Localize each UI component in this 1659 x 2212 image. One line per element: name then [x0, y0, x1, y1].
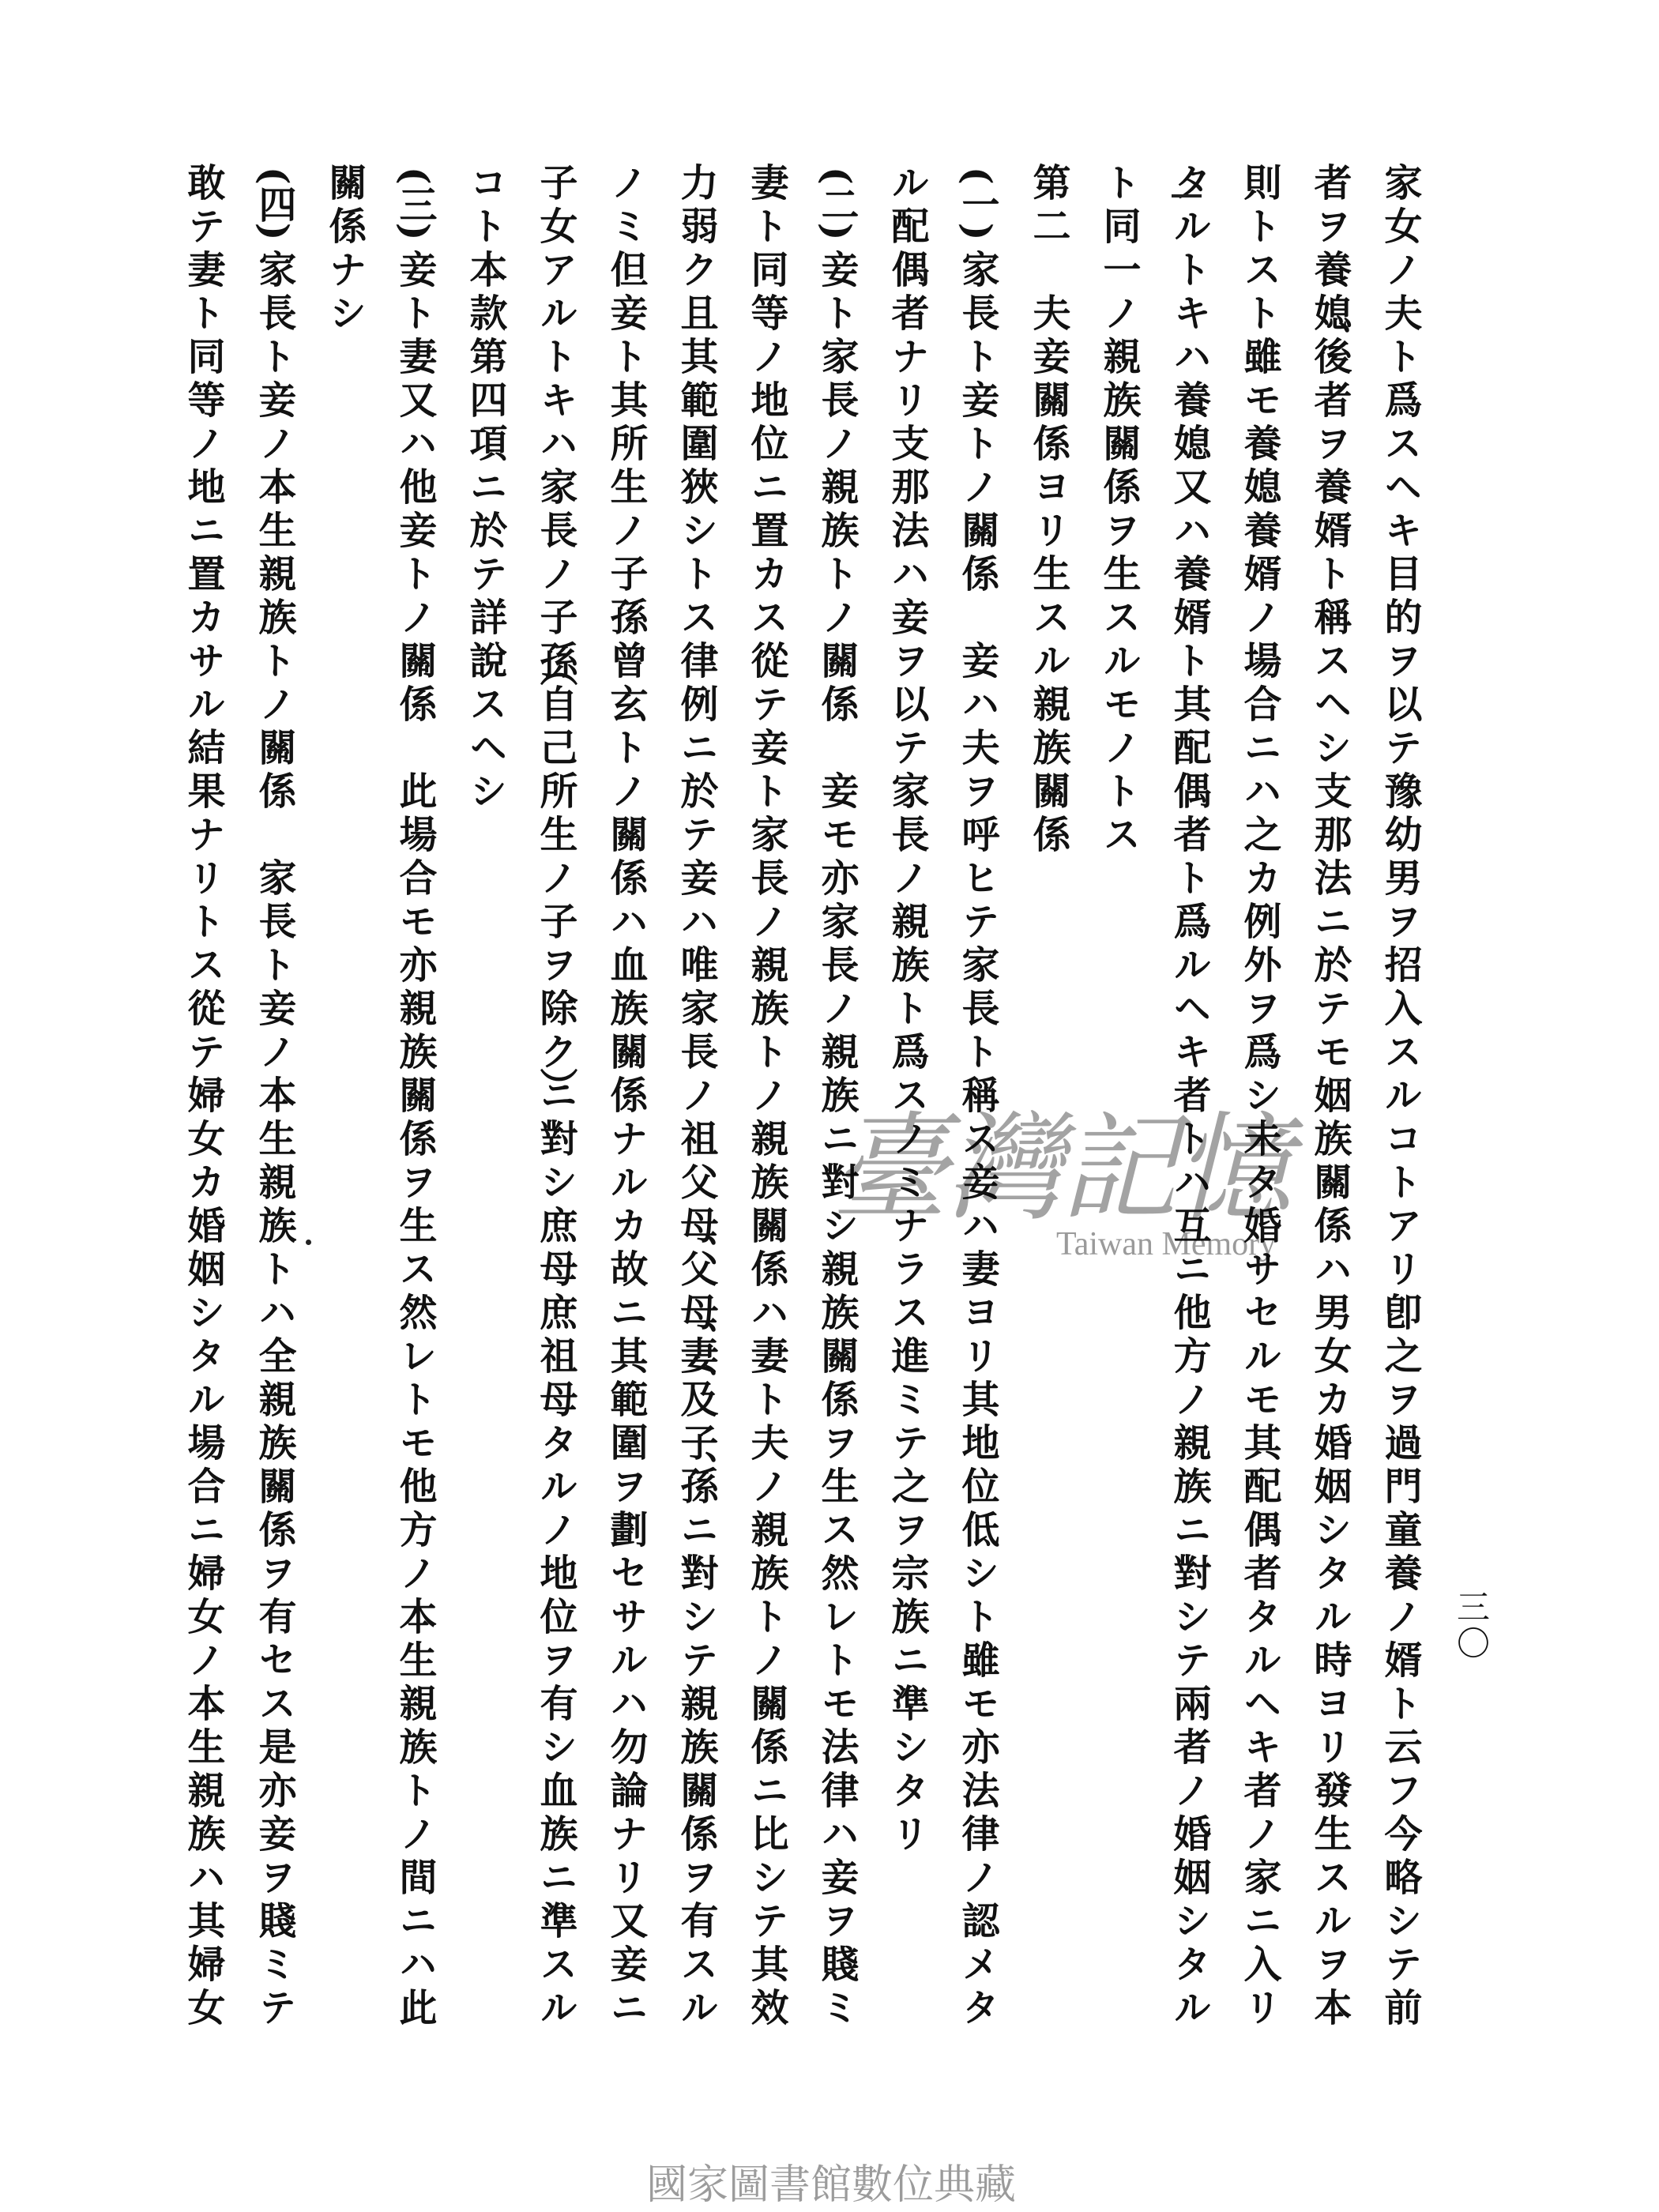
column-text: タルトキハ養媳又ハ養婿ト其配偶者ト爲ルヘキ者トハ互ニ他方ノ親族ニ對シテ兩者ノ婚姻…	[1167, 163, 1211, 2031]
punctuation-mark: 、	[1307, 321, 1352, 364]
column-text: 子女アルトキハ家長ノ子孫（自己所生ノ子ヲ除ク）ニ對シ庶母庶祖母タルノ地位ヲ有シ血…	[533, 163, 577, 2031]
column-text: コト本款第四項ニ於テ詳說スヘシ	[463, 163, 507, 814]
text-column-02: 者ヲ養媳、後者ヲ養婿ト稱スヘシ支那法ニ於テモ姻族關係ハ男女カ婚姻シタル時ヨリ發生…	[1306, 163, 1353, 2090]
column-text: ト同一ノ親族關係ヲ生スルモノトス	[1097, 163, 1141, 858]
column-text: 妾ハ夫ヲ呼ヒテ家長ト稱ス妾ハ妻ヨリ其地位低シト雖モ亦法律ノ認メタ	[955, 641, 999, 2031]
section-marker: (一)	[954, 163, 1001, 244]
column-text: ル配偶者ナリ支那法ハ妾ヲ以テ家長ノ親族ト爲スノミナラス進ミテ之ヲ宗族ニ準シタリ	[885, 163, 929, 1857]
footer-credit: 國家圖書館數位典藏	[641, 2163, 1021, 2207]
ink-mark	[1172, 194, 1202, 197]
section-marker: (二)	[813, 163, 860, 244]
text-column-03: 則トスト雖モ養媳養婿ノ場合ニハ之カ例外ヲ爲シ未タ婚サセルモ其配偶者タルヘキ者ノ家…	[1236, 163, 1283, 2090]
punctuation-mark: 、	[674, 1320, 718, 1364]
column-text: 則トスト雖モ養媳養婿ノ場合ニハ之カ例外ヲ爲シ未タ婚サセルモ其配偶者タルヘキ者ノ家…	[1237, 163, 1281, 2031]
column-text: 家長ト妾ノ本生親族トハ全親族關係ヲ有セス是亦妾ヲ賤ミテ	[252, 858, 296, 2031]
text-column-01: 家女ノ夫ト爲スヘキ目的ヲ以テ豫幼男ヲ招入スルコトアリ卽之ヲ過門童養ノ婿ト云フ今略…	[1376, 163, 1424, 2090]
column-text: 力弱ク且其範圍狹シトス律例ニ於テ妾ハ唯家長ノ祖父母、父母、妻、及子、孫ニ對シテ親…	[674, 163, 718, 2031]
punctuation-mark: 、	[674, 1450, 718, 1494]
section-marker: (三)	[391, 163, 438, 244]
column-text: 此場合モ亦親族關係ヲ生ス然レトモ他方ノ本生親族トノ間ニハ此	[393, 771, 437, 2031]
text-column-10: 妻ト同等ノ地位ニ置カス從テ妾ト家長ノ親族トノ親族關係ハ妻ト夫ノ親族トノ關係ニ比シ…	[743, 163, 790, 2090]
text-column-04: タルトキハ養媳又ハ養婿ト其配偶者ト爲ルヘキ者トハ互ニ他方ノ親族ニ對シテ兩者ノ婚姻…	[1165, 163, 1213, 2090]
section-heading: 妾ト妻又ハ他妾トノ關係	[393, 250, 437, 728]
column-text: 敢テ妻ト同等ノ地ニ置カサル結果ナリトス從テ婦女カ婚姻シタル場合ニ婦女ノ本生親族ハ…	[181, 163, 225, 2031]
text-column-16: 關係ナシ	[321, 163, 368, 2090]
punctuation-mark: ）	[533, 1067, 577, 1111]
ink-speck	[306, 1240, 311, 1245]
section-heading: 妾ト家長ノ親族トノ關係	[814, 250, 859, 728]
punctuation-mark: （	[533, 649, 577, 692]
text-column-14: コト本款第四項ニ於テ詳說スヘシ	[461, 163, 509, 2090]
text-column-15: (三)妾ト妻又ハ他妾トノ關係此場合モ亦親族關係ヲ生ス然レトモ他方ノ本生親族トノ間…	[391, 163, 438, 2090]
section-marker: (四)	[250, 163, 298, 244]
section-heading: 夫妾關係ヨリ生スル親族關係	[1026, 293, 1070, 858]
text-column-09: (二)妾ト家長ノ親族トノ關係妾モ亦家長ノ親族ニ對シ親族關係ヲ生ス然レトモ法律ハ妾…	[813, 163, 860, 2090]
section-heading: 家長ト妾トノ關係	[955, 250, 999, 597]
text-column-12: ノミ但妾ト其所生ノ子孫曾玄トノ關係ハ血族關係ナルカ故ニ其範圍ヲ劃セサルハ勿論ナリ…	[602, 163, 649, 2090]
text-column-07: (一)家長ト妾トノ關係妾ハ夫ヲ呼ヒテ家長ト稱ス妾ハ妻ヨリ其地位低シト雖モ亦法律ノ…	[954, 163, 1001, 2090]
page-number: 三〇	[1452, 1589, 1490, 1662]
section-marker: 第二	[1026, 163, 1070, 250]
scanned-page: 三〇 家女ノ夫ト爲スヘキ目的ヲ以テ豫幼男ヲ招入スルコトアリ卽之ヲ過門童養ノ婿ト云…	[0, 0, 1659, 2212]
column-text: 妾モ亦家長ノ親族ニ對シ親族關係ヲ生ス然レトモ法律ハ妾ヲ賤ミ	[814, 771, 859, 2031]
text-column-08: ル配偶者ナリ支那法ハ妾ヲ以テ家長ノ親族ト爲スノミナラス進ミテ之ヲ宗族ニ準シタリ	[883, 163, 931, 2090]
section-heading: 家長ト妾ノ本生親族トノ關係	[252, 250, 296, 814]
column-text: ノミ但妾ト其所生ノ子孫曾玄トノ關係ハ血族關係ナルカ故ニ其範圍ヲ劃セサルハ勿論ナリ…	[604, 163, 648, 2031]
punctuation-mark: 、	[674, 1364, 718, 1407]
text-column-17: (四)家長ト妾ノ本生親族トノ關係家長ト妾ノ本生親族トハ全親族關係ヲ有セス是亦妾ヲ…	[250, 163, 298, 2090]
text-column-06: 第二夫妾關係ヨリ生スル親族關係	[1025, 163, 1072, 2090]
column-text: 者ヲ養媳、後者ヲ養婿ト稱スヘシ支那法ニ於テモ姻族關係ハ男女カ婚姻シタル時ヨリ發生…	[1307, 163, 1352, 2031]
text-column-13: 子女アルトキハ家長ノ子孫（自己所生ノ子ヲ除ク）ニ對シ庶母庶祖母タルノ地位ヲ有シ血…	[532, 163, 579, 2090]
punctuation-mark: 、	[674, 1233, 718, 1277]
column-text: 妻ト同等ノ地位ニ置カス從テ妾ト家長ノ親族トノ親族關係ハ妻ト夫ノ親族トノ關係ニ比シ…	[744, 163, 788, 2031]
text-column-18: 敢テ妻ト同等ノ地ニ置カサル結果ナリトス從テ婦女カ婚姻シタル場合ニ婦女ノ本生親族ハ…	[179, 163, 227, 2090]
column-text: 關係ナシ	[322, 163, 367, 337]
text-column-11: 力弱ク且其範圍狹シトス律例ニ於テ妾ハ唯家長ノ祖父母、父母、妻、及子、孫ニ對シテ親…	[672, 163, 720, 2090]
column-text: 家女ノ夫ト爲スヘキ目的ヲ以テ豫幼男ヲ招入スルコトアリ卽之ヲ過門童養ノ婿ト云フ今略…	[1378, 163, 1422, 2031]
text-column-05: ト同一ノ親族關係ヲ生スルモノトス	[1095, 163, 1142, 2090]
